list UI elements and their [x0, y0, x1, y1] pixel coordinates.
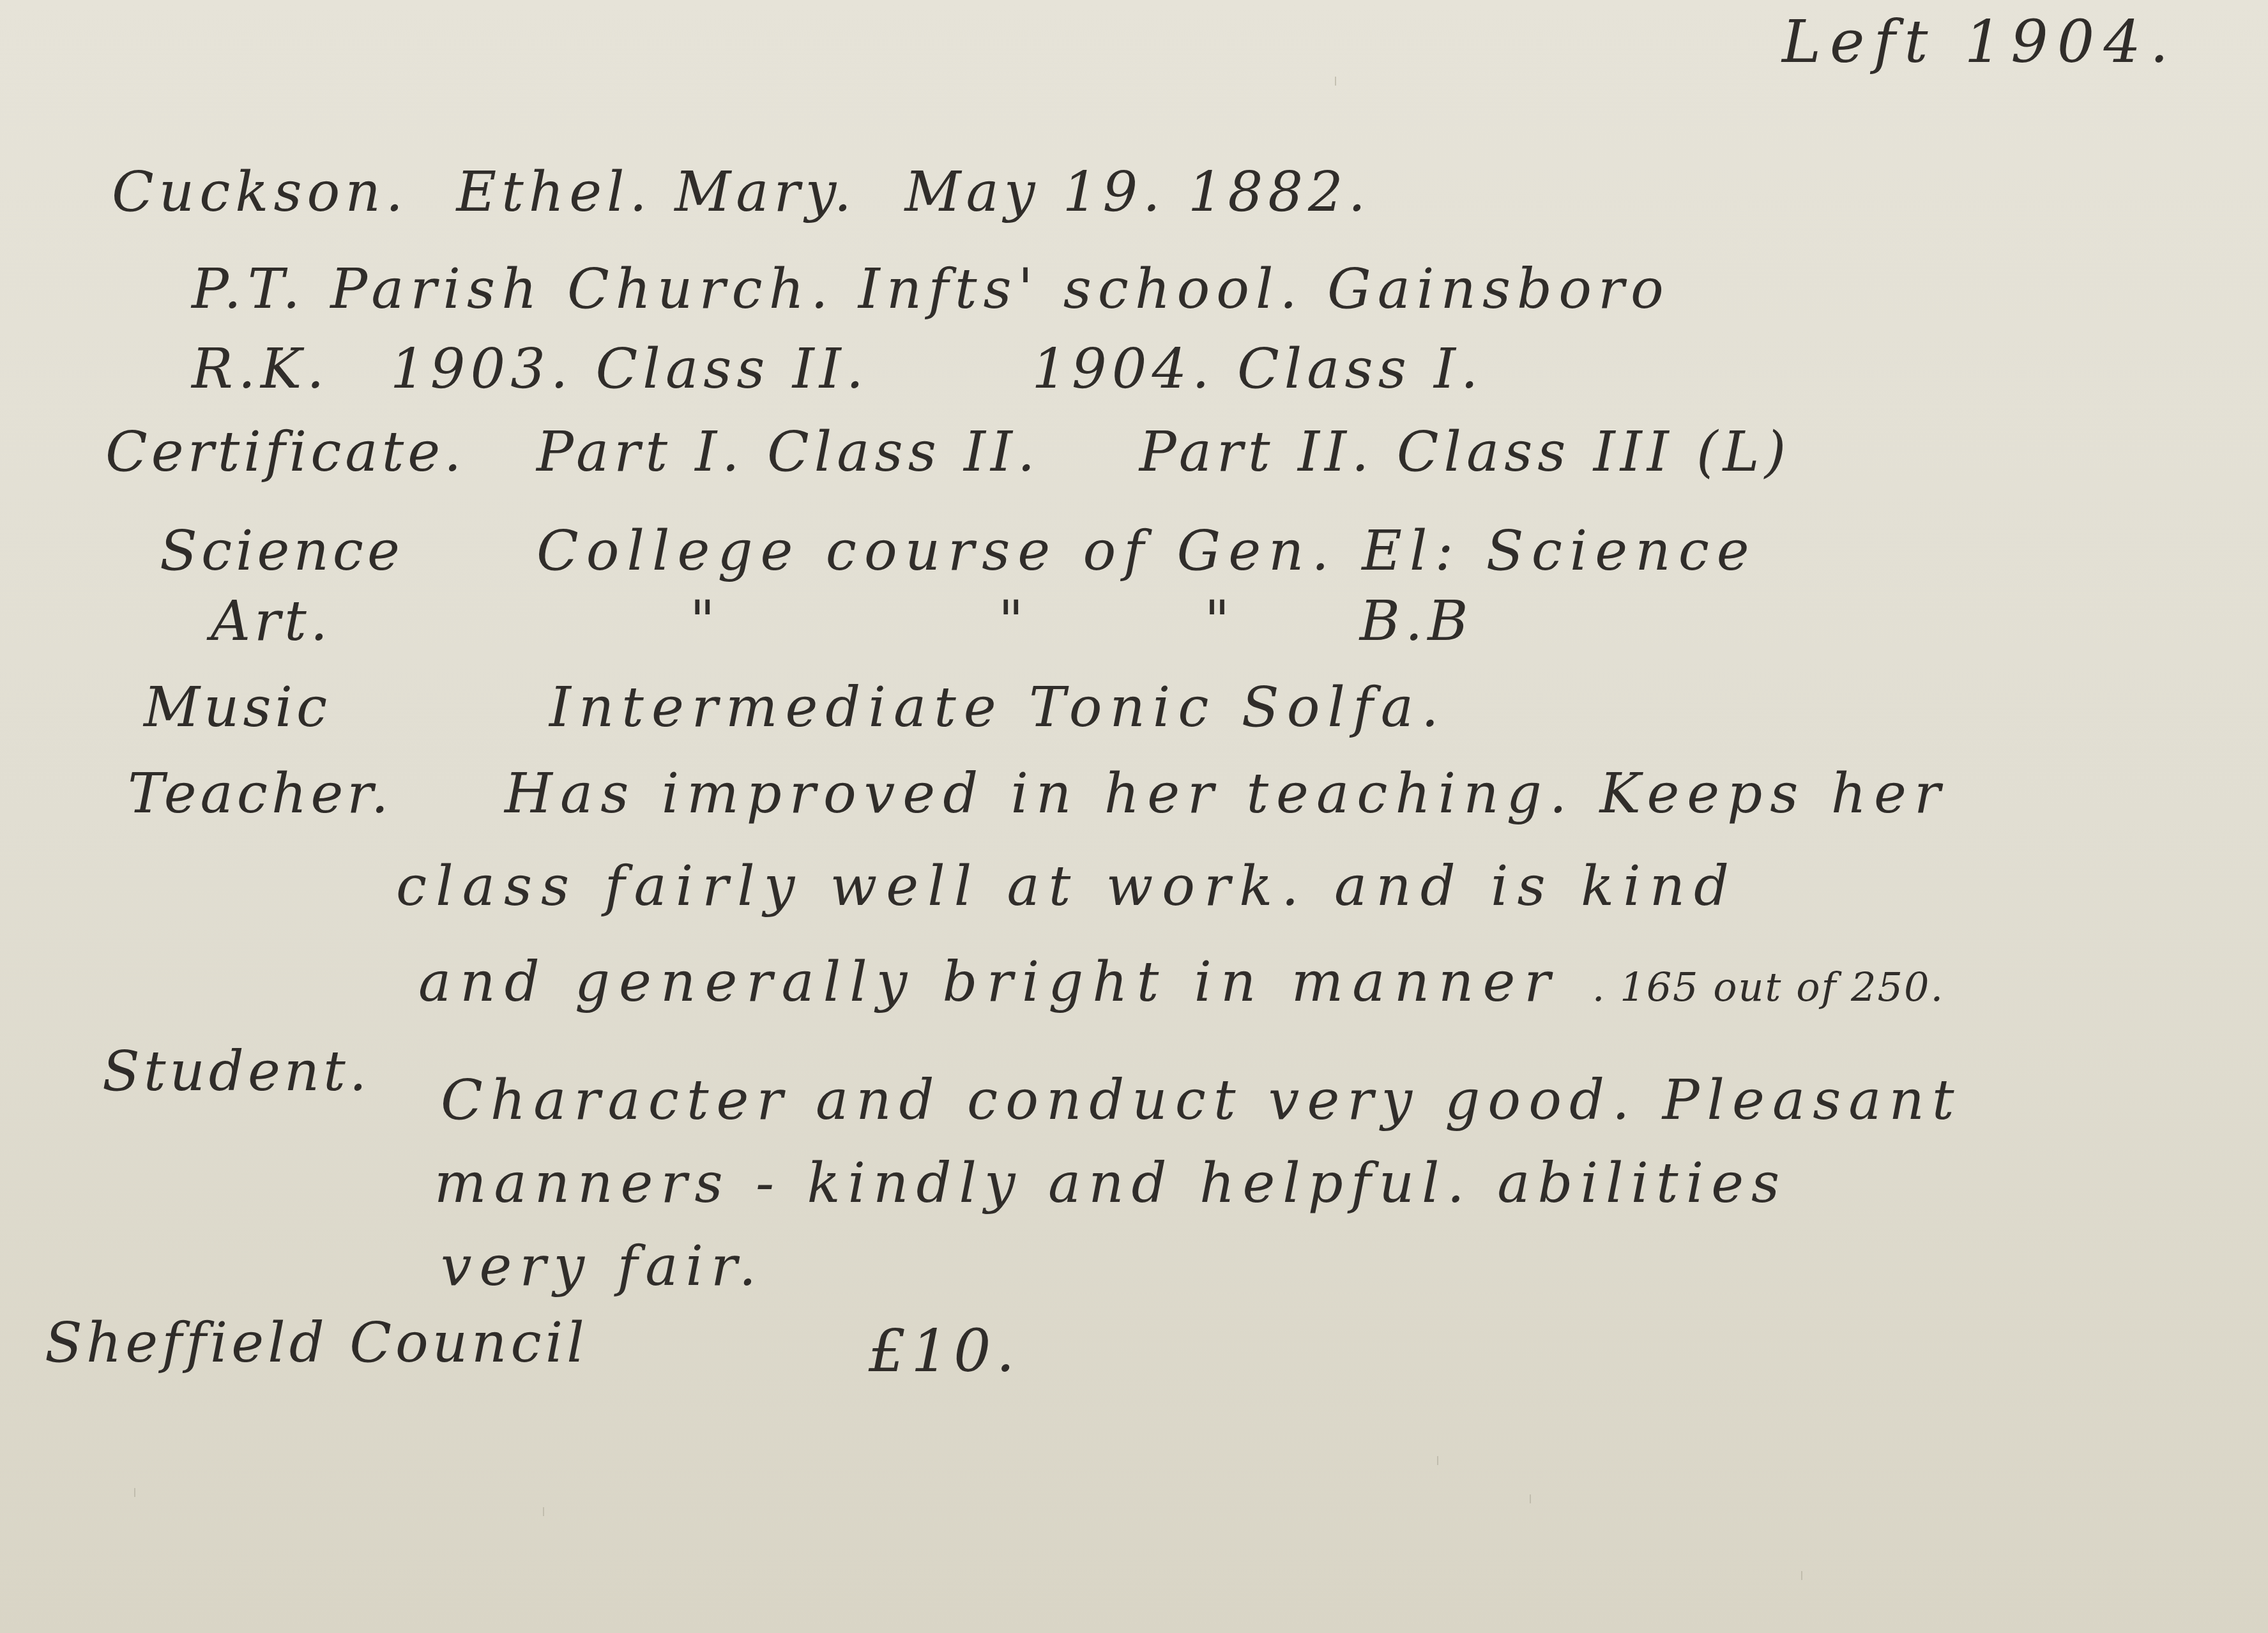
rk-line: R.K. 1903. Class II. 1904. Class I. [192, 342, 1483, 397]
art-value: B.B [1360, 589, 1473, 653]
teacher-label: Teacher. [128, 766, 392, 821]
student-label: Student. [102, 1044, 370, 1099]
teacher-remark-line-1: Has improved in her teaching. Keeps her [505, 766, 1948, 821]
student-remark-line-3: very fair. [441, 1239, 764, 1294]
rk-prefix: R.K. [192, 337, 330, 401]
teacher-remark-line-3: and generally bright in manner . 165 out… [418, 955, 1944, 1010]
rk-entry-1903: 1903. Class II. [390, 337, 869, 401]
certificate-label: Certificate. [105, 425, 465, 480]
art-label: Art. [211, 594, 331, 649]
student-remark-line-1: Character and conduct very good. Pleasan… [441, 1073, 1962, 1128]
forenames: Ethel. Mary. [456, 160, 856, 224]
science-label: Science [160, 524, 404, 579]
art-values: " " " B.B [690, 594, 1473, 649]
teacher-remark-text: and generally bright in manner [418, 950, 1559, 1014]
art-ditto-3: " [1205, 589, 1235, 653]
music-value: Intermediate Tonic Solfa. [549, 680, 1446, 735]
paper-fleck [134, 1488, 135, 1497]
register-page: Left 1904. Cuckson. Ethel. Mary. May 19.… [0, 0, 2268, 1633]
certificate-values: Part I. Class II. Part II. Class III (L) [537, 425, 1791, 480]
paper-fleck [1530, 1494, 1531, 1503]
paper-fleck [1801, 1571, 1802, 1580]
teacher-remark-line-2: class fairly well at work. and is kind [396, 859, 1738, 914]
music-label: Music [144, 680, 331, 735]
art-ditto-2: " [998, 589, 1029, 653]
birth-date: May 19. 1882. [905, 160, 1371, 224]
science-value: College course of Gen. El: Science [537, 524, 1757, 579]
student-name-line: Cuckson. Ethel. Mary. May 19. 1882. [112, 165, 1371, 220]
grant-amount: £10. [869, 1322, 1020, 1381]
art-ditto-1: " [690, 589, 720, 653]
rk-entry-1904: 1904. Class I. [1031, 337, 1483, 401]
certificate-part-2: Part II. Class III (L) [1139, 420, 1792, 484]
paper-fleck [1335, 77, 1336, 86]
student-remark-line-2: manners - kindly and helpful. abilities [434, 1156, 1787, 1211]
certificate-part-1: Part I. Class II. [537, 420, 1040, 484]
pupil-teacher-school: P.T. Parish Church. Infts' school. Gains… [192, 262, 1670, 317]
teacher-score: . 165 out of 250. [1592, 964, 1944, 1010]
paper-fleck [1437, 1456, 1438, 1465]
surname: Cuckson. [112, 160, 408, 224]
left-year-note: Left 1904. [1782, 13, 2177, 72]
paper-fleck [543, 1507, 544, 1516]
grant-label: Sheffield Council [45, 1316, 588, 1371]
